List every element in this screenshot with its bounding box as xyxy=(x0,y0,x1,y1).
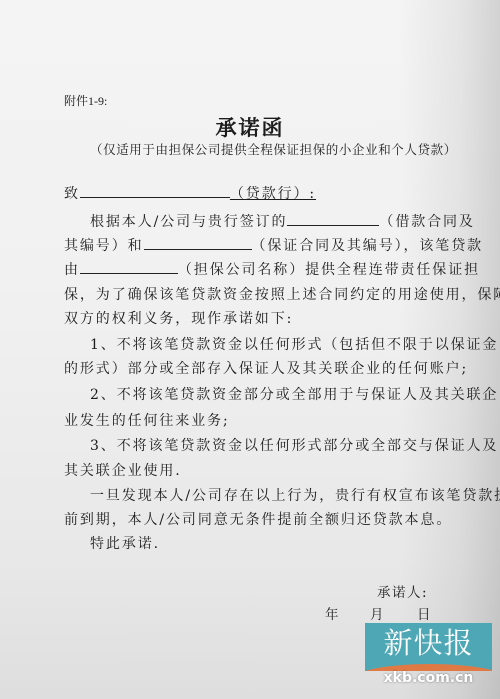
commitment-item-1-line1: 1、不将该笔贷款资金以任何形式（包括但不限于以保证金 xyxy=(90,334,498,354)
p1-line3-text: 由 xyxy=(64,262,80,278)
addressee-line: 致（贷款行）: xyxy=(64,183,316,203)
paragraph1-line5: 双方的权利义务，现作承诺如下: xyxy=(64,308,293,328)
paragraph2-line1: 一旦发现本人/公司存在以上行为，贵行有权宣布该笔贷款提 xyxy=(90,485,500,505)
p1-line3-after: （担保公司名称）提供全程连带责任保证担 xyxy=(178,262,480,278)
document-title: 承诺函 xyxy=(0,112,500,142)
paragraph1-line1: 根据本人/公司与贵行签订的（借款合同及 xyxy=(90,211,475,231)
date-year-label: 年 xyxy=(325,603,339,623)
paragraph2-line2: 前到期，本人/公司同意无条件提前全额归还贷款本息。 xyxy=(64,509,452,529)
commitment-item-3-line1: 3、不将该笔贷款资金以任何形式部分或全部交与保证人及 xyxy=(90,435,498,455)
signer-label: 承诺人: xyxy=(377,581,428,601)
commitment-item-1-line2: 的形式）部分或全部存入保证人及其关联企业的任何账户; xyxy=(64,358,468,378)
addressee-prefix: 致 xyxy=(64,186,80,202)
closing-statement: 特此承诺. xyxy=(90,533,160,553)
xkb-watermark-logo: 新快报 xkb.com.cn xyxy=(365,623,492,683)
commitment-item-2-line1: 2、不将该笔贷款资金部分或全部用于与保证人及其关联企 xyxy=(90,384,498,404)
addressee-suffix: （贷款行）: xyxy=(230,186,316,202)
scanned-document-page: 附件1-9: 承诺函 （仅适用于由担保公司提供全程保证担保的小企业和个人贷款） … xyxy=(0,0,500,699)
logo-name: 新快报 xyxy=(365,626,492,660)
guarantee-contract-blank xyxy=(144,235,252,250)
attachment-label: 附件1-9: xyxy=(64,92,107,109)
logo-background: 新快报 xyxy=(365,623,492,671)
loan-contract-blank xyxy=(287,211,379,226)
date-month-label: 月 xyxy=(370,603,384,623)
paragraph1-line3: 由（担保公司名称）提供全程连带责任保证担 xyxy=(64,259,480,279)
paragraph1-line4: 保，为了确保该笔贷款资金按照上述合同约定的用途使用，保障 xyxy=(64,284,500,304)
p1-line2-after: （保证合同及其编号），该笔贷款 xyxy=(252,238,484,254)
commitment-item-3-line2: 其关联企业使用. xyxy=(64,460,182,480)
document-subtitle: （仅适用于由担保公司提供全程保证担保的小企业和个人贷款） xyxy=(90,140,457,158)
p1-line1-text: 根据本人/公司与贵行签订的 xyxy=(90,214,287,230)
commitment-item-2-line2: 业发生的任何往来业务; xyxy=(64,410,230,430)
logo-url: xkb.com.cn xyxy=(365,670,492,686)
guarantor-company-blank xyxy=(80,259,178,274)
paragraph1-line2: 其编号）和（保证合同及其编号），该笔贷款 xyxy=(64,235,483,255)
lender-bank-blank xyxy=(80,183,230,198)
p1-line2-text: 其编号）和 xyxy=(64,238,144,254)
p1-line1-after: （借款合同及 xyxy=(379,214,474,230)
date-day-label: 日 xyxy=(417,603,431,623)
